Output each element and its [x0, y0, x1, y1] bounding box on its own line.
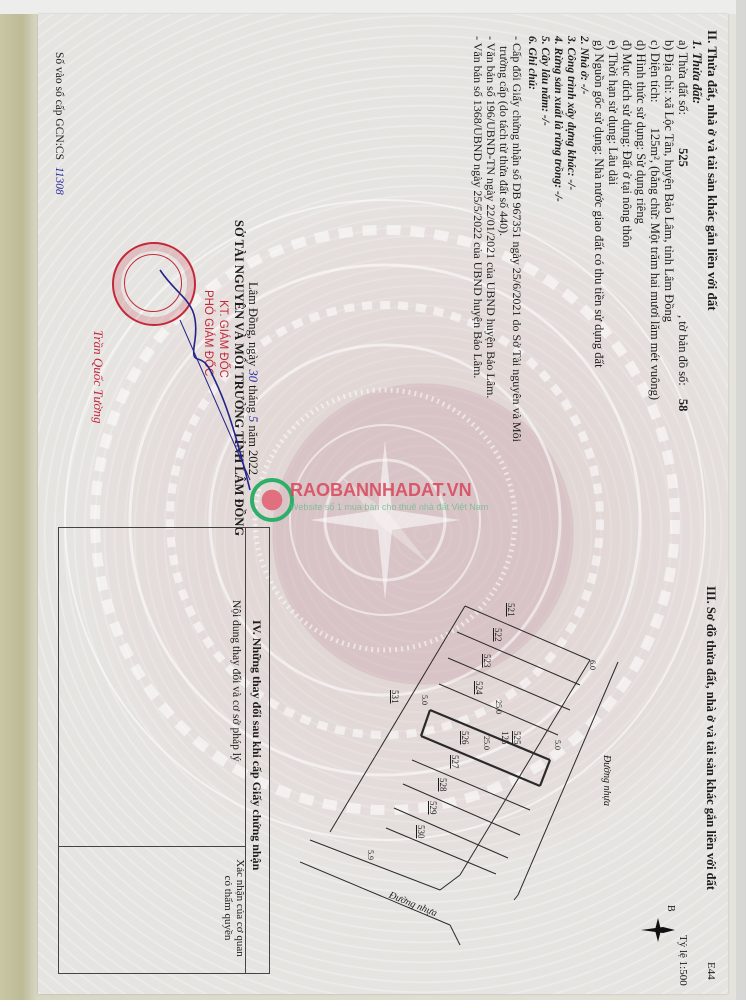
plot-label-521: 521 — [503, 603, 518, 617]
plot-label: a) Thửa đất số: — [676, 40, 690, 115]
notes-heading: 6. Ghi chú: — [524, 36, 539, 90]
page-code: E44 — [703, 962, 718, 980]
area-value: 125m², (bằng chữ: Một trăm hai mươi lăm … — [648, 128, 662, 400]
signer-name: Trần Quốc Tường — [91, 330, 106, 424]
perennial-trees: 5. Cây lâu năm: -/- — [537, 36, 552, 126]
area-label: c) Diện tích: — [648, 40, 662, 102]
dimension-25-top: 25.0 — [491, 700, 506, 714]
raobannhadat-logo-icon — [250, 478, 294, 522]
dimension-5-back: 5.0 — [417, 695, 432, 705]
registry-label: Số vào sổ cấp GCN:CS — [53, 52, 65, 160]
note-line-1: - Cấp đổi Giấy chứng nhận số DB 967351 n… — [509, 36, 524, 442]
map-sheet-label: , tờ bản đồ số: — [676, 315, 690, 386]
use-purpose: đ) Mục đích sử dụng: Đất ở tại nông thôn — [619, 40, 634, 247]
plot-label-526: 526 — [457, 731, 472, 745]
land-heading: 1. Thửa đất: — [689, 40, 704, 104]
other-construction: 3. Công trình xây dựng khác: -/- — [563, 36, 578, 190]
plot-label-529: 529 — [425, 801, 440, 815]
viewer-scrollbar[interactable] — [736, 0, 746, 1000]
viewer-top-bar — [0, 0, 746, 14]
section-iv-title: IV. Những thay đổi sau khi cấp Giấy chứn… — [249, 620, 264, 870]
plot-label-528: 528 — [435, 778, 450, 792]
table-column-divider — [59, 846, 245, 847]
dimension-25-bottom: 25.0 — [479, 736, 494, 750]
production-forest: 4. Rừng sản xuất là rừng trồng: -/- — [550, 36, 565, 202]
section-ii-title: II. Thửa đất, nhà ở và tài sản khác gắn … — [705, 30, 720, 311]
plot-number-row: a) Thửa đất số: 525 , tờ bản đồ số: 58 — [675, 40, 690, 411]
house: 2. Nhà ở: -/- — [576, 36, 591, 95]
dimension-5-front: 5.0 — [550, 740, 565, 750]
dimension-road-6: 6.0 — [585, 660, 600, 670]
registry-number: Số vào sổ cấp GCN:CS 11308 — [51, 52, 66, 195]
plot-label-527: 527 — [447, 755, 462, 769]
address: b) Địa chỉ: xã Lộc Tân, huyện Bảo Lâm, t… — [661, 40, 676, 322]
plot-number: 525 — [676, 148, 690, 167]
plot-525-number: 525 — [512, 731, 522, 745]
column-change-content: Nội dung thay đổi và cơ sở pháp lý — [228, 600, 243, 762]
note-line-2: trường cấp (do tách từ thửa đất số 440). — [496, 46, 511, 236]
note-line-4: - Văn bản số 1368/UBND ngày 25/5/2022 củ… — [470, 36, 485, 378]
plot-label-523: 523 — [479, 654, 494, 668]
dimension-road-5-9: 5.9 — [363, 850, 378, 860]
area-row: c) Diện tích: 125m², (bằng chữ: Một trăm… — [647, 40, 662, 400]
plot-label-530: 530 — [413, 825, 428, 839]
signature-scribble-icon — [140, 260, 280, 500]
note-line-3: - Văn bản số 196/UBND-TN ngày 22/01/2021… — [483, 36, 498, 398]
plot-label-522: 522 — [490, 628, 505, 642]
use-form: d) Hình thức sử dụng: Sử dụng riêng — [633, 40, 648, 224]
use-origin: g) Nguồn gốc sử dụng: Nhà nước giao đất … — [591, 40, 606, 368]
plot-label-531: 531 — [387, 690, 402, 704]
section-iii-title: III. Sơ đồ thửa đất, nhà ở và tài sản kh… — [703, 586, 718, 890]
watermark-brand[interactable]: RAOBANNHADAT.VN — [290, 480, 472, 501]
road-label-right: Đường nhựa — [599, 755, 614, 806]
watermark-tagline: Website số 1 mua bán cho thuê nhà đất Vi… — [290, 502, 488, 512]
plot-label-524: 524 — [471, 681, 486, 695]
plot-525-area: 125 — [497, 731, 512, 745]
column-authority-confirmation: Xác nhận của cơ quan có thẩm quyền — [222, 853, 246, 963]
map-sheet-number: 58 — [676, 399, 690, 412]
use-term: e) Thời hạn sử dụng: Lâu dài — [605, 40, 620, 185]
registry-value: 11308 — [53, 167, 65, 195]
